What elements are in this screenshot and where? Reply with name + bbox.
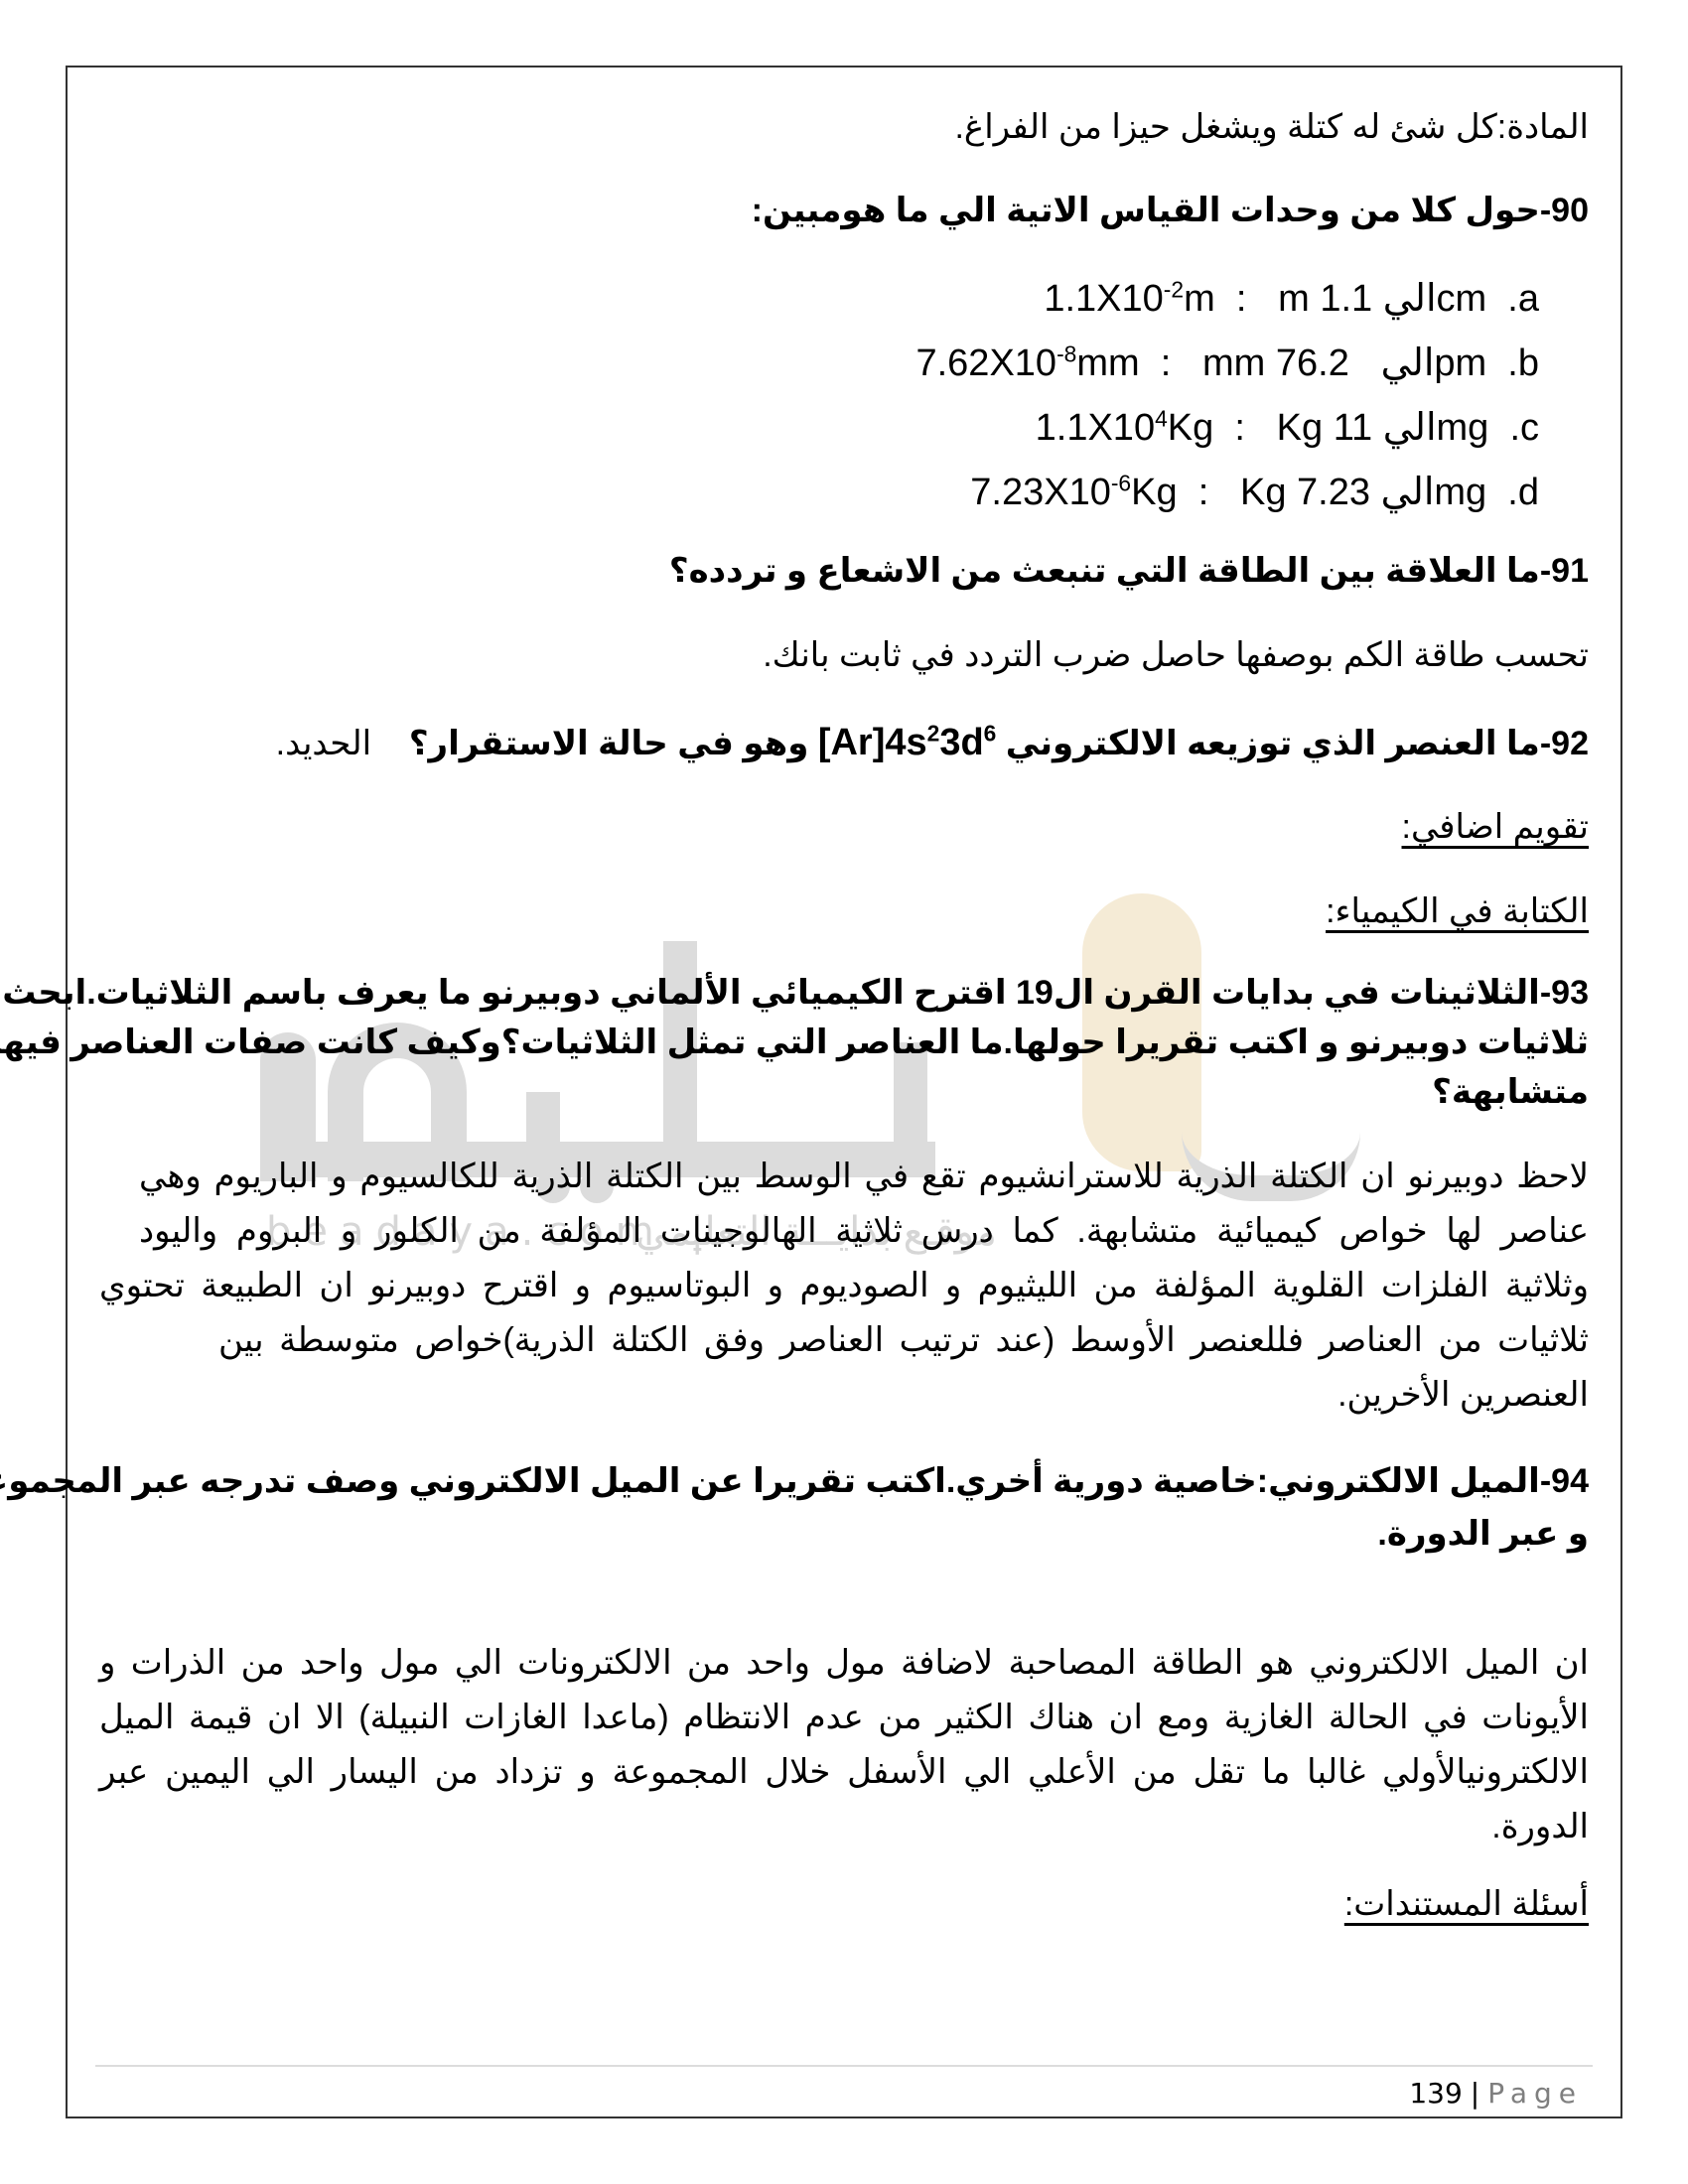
question-93-line: ثلاثيات دوبيرنو و اكتب تقريرا حولها.ما ا…: [99, 1021, 1589, 1066]
conversion-item-a: 1.1X10-2m : m الي 1.1cm .a: [1044, 276, 1539, 321]
answer-line: الالكترونيالأولي غالبا ما تقل من الأعلي …: [99, 1750, 1589, 1796]
answer-line: لاحظ دوبيرنو ان الكتلة الذرية للاسترانشي…: [139, 1155, 1589, 1200]
answer-line: عناصر لها خواص كيميائية متشابهة. كما درس…: [139, 1209, 1589, 1255]
matter-definition: المادة:كل شئ له كتلة ويشغل حيزا من الفرا…: [954, 105, 1589, 151]
question-94-line: 94-الميل الالكتروني:خاصية دورية أخري.اكت…: [89, 1459, 1589, 1505]
question-94-line: و عبر الدورة.: [1377, 1512, 1589, 1558]
answer-line: العنصرين الأخرين.: [1337, 1373, 1589, 1419]
conversion-item-b: 7.62X10-8mm : mm الي 76.2pm .b: [915, 341, 1539, 385]
answer-line: ثلاثيات من العناصر فللعنصر الأوسط (عند ت…: [218, 1318, 1589, 1364]
answer-line: الأيونات في الحالة الغازية ومع ان هناك ا…: [99, 1696, 1589, 1741]
section-heading-document-questions: أسئلة المستندات:: [1344, 1884, 1589, 1924]
answer-line: وثلاثية الفلزات القلوية المؤلفة من الليث…: [99, 1264, 1589, 1309]
conversion-item-d: 7.23X10-6Kg : Kg الي 7.23mg .d: [970, 470, 1539, 514]
section-heading-extra-assessment: تقويم اضافي:: [1402, 807, 1589, 847]
question-91-answer: تحسب طاقة الكم بوصفها حاصل ضرب التردد في…: [763, 633, 1589, 679]
question-93-line: 93-الثلاثينات في بدايات القرن ال19 اقترح…: [99, 971, 1589, 1017]
question-90-title: 90-حول كلا من وحدات القياس الاتية الي ما…: [752, 189, 1589, 234]
section-heading-writing-in-chemistry: الكتابة في الكيمياء:: [1326, 891, 1589, 931]
page-footer: 139|Page: [1409, 2077, 1583, 2110]
electron-configuration: [Ar]4s23d6: [818, 722, 997, 763]
question-91-title: 91-ما العلاقة بين الطاقة التي تنبعث من ا…: [669, 549, 1589, 595]
page-number: 139: [1409, 2077, 1462, 2110]
footer-separator: |: [1471, 2077, 1479, 2110]
answer-line: ان الميل الالكتروني هو الطاقة المصاحبة ل…: [99, 1641, 1589, 1687]
footer-divider: [95, 2065, 1593, 2067]
page-label: Page: [1487, 2077, 1583, 2110]
question-93-line: متشابهة؟: [1432, 1070, 1589, 1116]
conversion-item-c: 1.1X104Kg : Kg الي 11mg .c: [1036, 405, 1539, 450]
answer-line: الدورة.: [1491, 1805, 1589, 1850]
question-92-title: 92-ما العنصر الذي توزيعه الالكتروني [Ar]…: [276, 718, 1589, 768]
question-92-answer: الحديد.: [276, 725, 371, 762]
